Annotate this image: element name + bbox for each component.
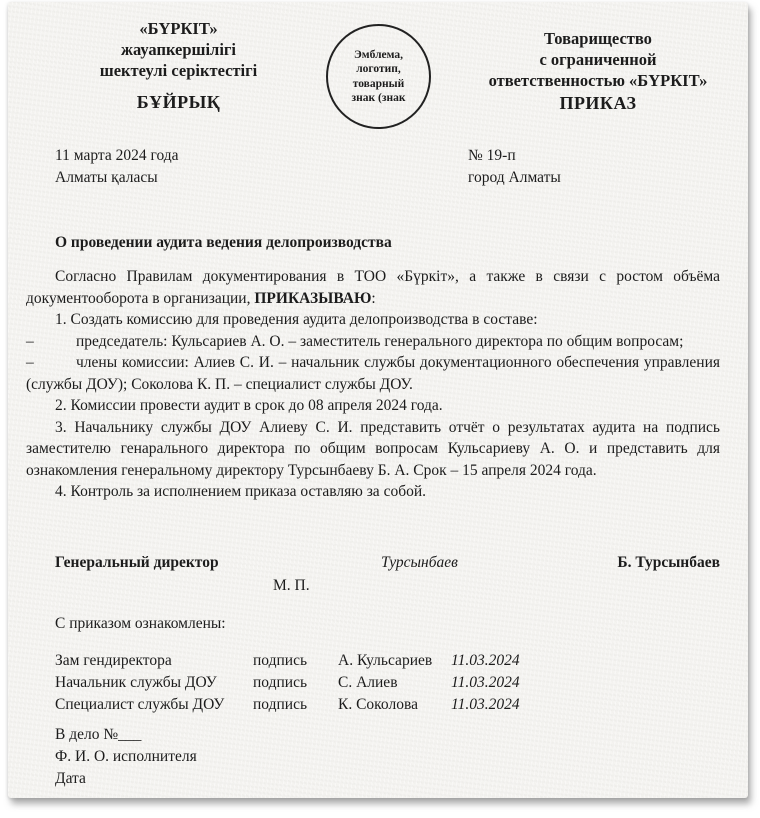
signature-section: Генеральный директор Турсынбаев Б. Турсы… (26, 552, 720, 790)
subitem-text: члены комиссии: Алиев С. И. – начальник … (26, 354, 720, 393)
ack-role: Начальник службы ДОУ (55, 672, 253, 694)
header-right-russian: Товарищество с ограниченной ответственно… (468, 28, 728, 114)
order-item-3: 3. Начальнику службы ДОУ Алиеву С. И. пр… (26, 417, 720, 482)
order-subitem-members: –члены комиссии: Алиев С. И. – начальник… (26, 352, 720, 395)
number-place-block: № 19-п город Алматы (468, 145, 561, 188)
intro-keyword: ПРИКАЗЫВАЮ (254, 290, 371, 307)
order-body: Согласно Правилам документирования в ТОО… (26, 266, 720, 503)
subitem-text: председатель: Кульсариев А. О. – замести… (76, 333, 683, 350)
acknowledgment-table: Зам гендиректора подпись А. Кульсариев 1… (55, 650, 720, 716)
seal-placeholder: М. П. (273, 575, 720, 597)
order-item-2: 2. Комиссии провести аудит в срок до 08 … (26, 395, 720, 417)
doc-number: № 19-п (468, 145, 561, 167)
stamp-line: Эмблема, (352, 48, 406, 63)
ack-date: 11.03.2024 (451, 650, 720, 672)
ack-name: С. Алиев (338, 672, 451, 694)
ack-role: Специалист службы ДОУ (55, 694, 253, 716)
company-name-ru-line2: с ограниченной (468, 49, 728, 70)
ack-sign: подпись (253, 694, 338, 716)
ack-date: 11.03.2024 (451, 672, 720, 694)
signer-title: Генеральный директор (55, 552, 219, 574)
company-name-ru-line1: Товарищество (468, 28, 728, 49)
doc-place-ru: город Алматы (468, 167, 561, 189)
stamp-line: товарный (352, 77, 406, 92)
emblem-stamp-text: Эмблема, логотип, товарный знак (знак (352, 48, 406, 106)
document-page: «БҮРКІТ» жауапкершілігі шектеулі серікте… (8, 2, 748, 798)
company-name-ru-line3: ответственностью «БҮРКІТ» (468, 70, 728, 91)
acknowledgment-heading: С приказом ознакомлены: (55, 613, 720, 635)
ack-date: 11.03.2024 (451, 694, 720, 716)
executor-line: Ф. И. О. исполнителя (55, 746, 720, 768)
order-item-1: 1. Создать комиссию для проведения аудит… (26, 309, 720, 331)
ack-role: Зам гендиректора (55, 650, 253, 672)
signer-name: Б. Турсынбаев (617, 552, 720, 574)
ack-name: А. Кульсариев (338, 650, 451, 672)
doc-date: 11 марта 2024 года (55, 145, 179, 167)
ack-name: К. Соколова (338, 694, 451, 716)
emblem-stamp-circle: Эмблема, логотип, товарный знак (знак (326, 24, 431, 129)
doc-place-kz: Алматы қаласы (55, 167, 179, 189)
company-name-kz-line1: «БҮРКІТ» (56, 18, 301, 39)
dash-marker: – (26, 331, 76, 353)
ack-sign: подпись (253, 650, 338, 672)
header-left-kazakh: «БҮРКІТ» жауапкершілігі шектеулі серікте… (56, 18, 301, 113)
order-item-4: 4. Контроль за исполнением приказа остав… (26, 481, 720, 503)
filing-footer: В дело №___ Ф. И. О. исполнителя Дата (55, 724, 720, 790)
dash-marker: – (26, 352, 76, 374)
doc-type-ru: ПРИКАЗ (468, 93, 728, 114)
subject-line: О проведении аудита ведения делопроизвод… (55, 234, 392, 252)
company-name-kz-line2: жауапкершілігі (56, 39, 301, 60)
date-place-block: 11 марта 2024 года Алматы қаласы (55, 145, 179, 188)
doc-type-kz: БҰЙРЫҚ (56, 92, 301, 113)
date-line: Дата (55, 768, 720, 790)
ack-sign: подпись (253, 672, 338, 694)
stamp-line: логотип, (352, 62, 406, 77)
stamp-line: знак (знак (352, 91, 406, 106)
intro-paragraph: Согласно Правилам документирования в ТОО… (26, 266, 720, 309)
signature-row: Генеральный директор Турсынбаев Б. Турсы… (26, 552, 720, 574)
company-name-kz-line3: шектеулі серіктестігі (56, 60, 301, 81)
intro-text-after: : (371, 290, 375, 307)
case-number-line: В дело №___ (55, 724, 720, 746)
signature-autograph: Турсынбаев (381, 552, 458, 574)
order-subitem-chair: –председатель: Кульсариев А. О. – замест… (26, 331, 720, 353)
